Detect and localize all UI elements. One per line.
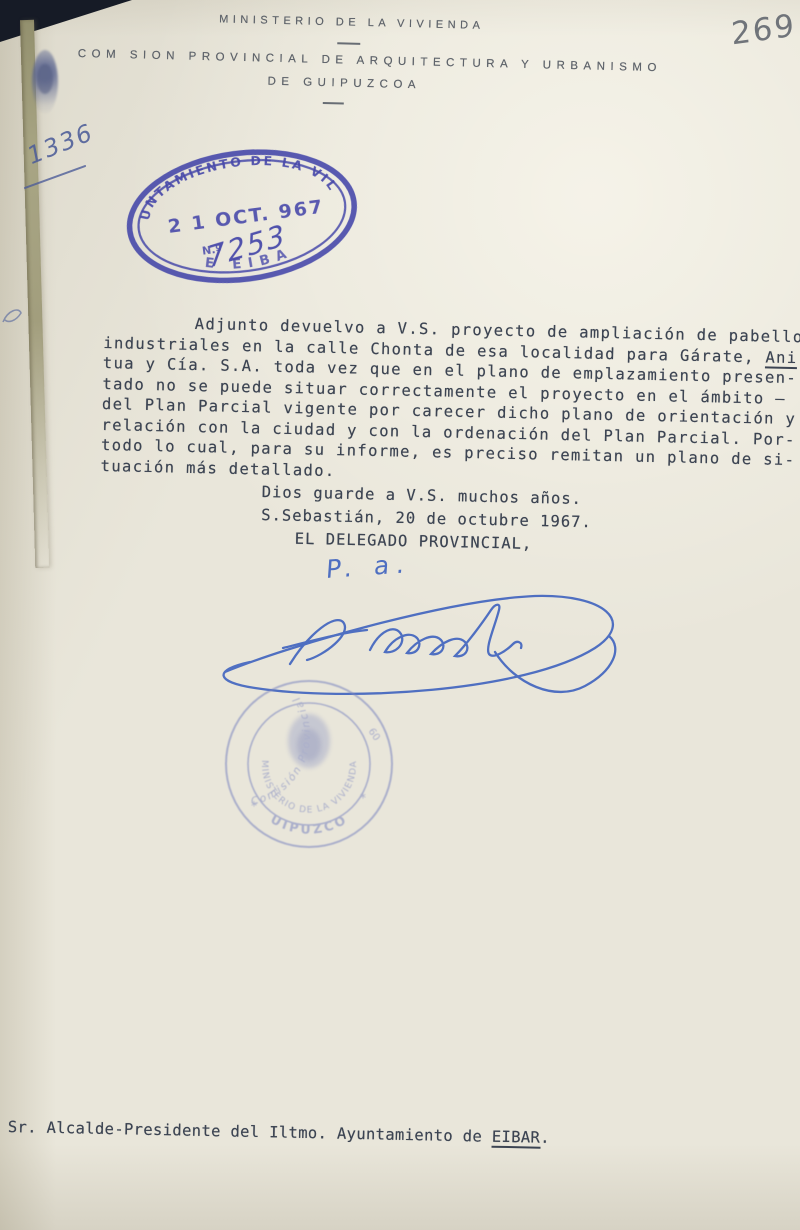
ministry-stamp-star-left: * <box>251 799 257 813</box>
ministry-round-stamp: Comisión Provincial GUIPUZCOA MINISTERIO… <box>218 675 400 857</box>
letterhead-ministry: MINISTERIO DE LA VIVIENDA <box>219 13 485 31</box>
folio-page-number: 269 <box>730 7 797 52</box>
coat-of-arms-stamp-icon <box>28 48 64 118</box>
addressee-line: Sr. Alcalde-Presidente del Iltmo. Ayunta… <box>8 1118 550 1147</box>
letterhead-rule-2 <box>323 102 344 105</box>
underlined-word: Ani <box>765 348 797 369</box>
ministry-stamp-right-fragment: 60 <box>366 726 382 743</box>
letterhead-commission: COM SION PROVINCIAL DE ARQUITECTURA Y UR… <box>78 48 662 74</box>
ministry-stamp-inner-arc-text: MINISTERIO DE LA VIVIENDA <box>259 760 359 816</box>
letter-body: Adjunto devuelvo a V.S. proyecto de ampl… <box>100 312 800 491</box>
scanned-letter-page: 1336 269 MINISTERIO DE LA VIVIENDA COM S… <box>0 0 800 1230</box>
addressee-city-underlined: EIBAR <box>492 1128 541 1149</box>
entry-stamp: AYUNTAMIENTO DE LA VILLA 2 1 OCT. 967 N.… <box>116 133 372 301</box>
letterhead-rule-1 <box>337 42 360 45</box>
ministry-stamp-star-right: * <box>360 791 366 805</box>
letterhead: MINISTERIO DE LA VIVIENDA COM SION PROVI… <box>78 10 680 125</box>
letter-closing: Dios guarde a V.S. muchos años. S.Sebast… <box>260 481 592 557</box>
ink-scribble <box>0 300 26 330</box>
letterhead-province: DE GUIPUZCOA <box>267 76 421 92</box>
ministry-stamp-bottom-arc-text: GUIPUZCOA <box>218 675 350 837</box>
